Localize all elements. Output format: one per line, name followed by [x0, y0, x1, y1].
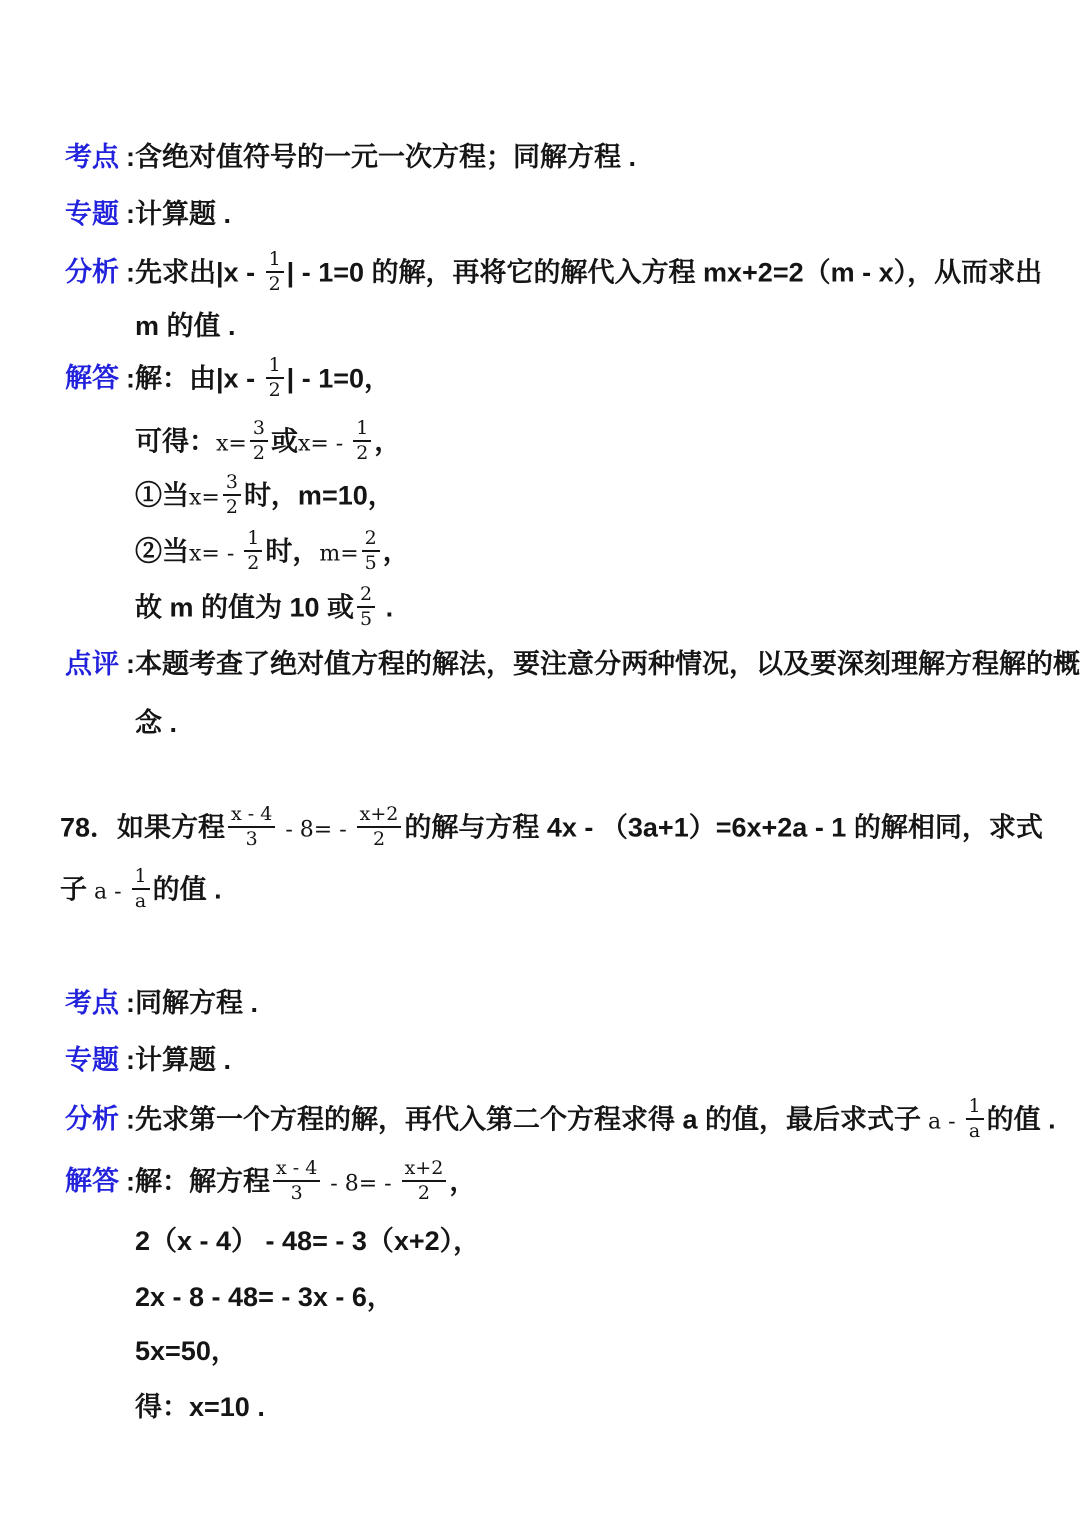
- text-run: ①当: [135, 480, 189, 510]
- text-run: :先求出|x -: [126, 257, 263, 287]
- text-run: 的值 .: [987, 1104, 1056, 1134]
- math-text: x=: [189, 485, 220, 510]
- fraction-numerator: 1: [966, 1096, 984, 1120]
- fraction-denominator: 2: [402, 1182, 447, 1204]
- text-line: 考点:含绝对值符号的一元一次方程；同解方程 .: [65, 140, 636, 174]
- fraction-numerator: 1: [266, 355, 284, 379]
- math-text: - 8= -: [323, 1171, 398, 1196]
- fraction-denominator: 2: [266, 379, 284, 401]
- fraction-denominator: a: [966, 1120, 984, 1142]
- fraction-denominator: 2: [223, 496, 241, 518]
- fraction: x - 43: [228, 804, 275, 851]
- text-run: | - 1=0，: [287, 363, 391, 393]
- field-label: 分析: [65, 257, 119, 287]
- text-run: 时，: [265, 536, 319, 566]
- text-run: 念 .: [135, 708, 177, 738]
- fraction-numerator: x+2: [402, 1158, 447, 1182]
- fraction-denominator: 3: [273, 1182, 320, 1204]
- text-line: 2（x - 4） - 48= - 3（x+2），: [135, 1224, 480, 1258]
- text-line: 故 m 的值为 10 或25 .: [135, 586, 393, 633]
- math-text: x= -: [189, 541, 241, 566]
- math-text: a -: [87, 879, 129, 904]
- fraction: 32: [250, 418, 268, 465]
- text-run: :解：解方程: [126, 1166, 270, 1196]
- text-run: ，: [374, 426, 401, 456]
- fraction-numerator: x - 4: [273, 1158, 320, 1182]
- fraction-numerator: 3: [250, 418, 268, 442]
- text-line: 得：x=10 .: [135, 1390, 265, 1424]
- math-text: m=: [319, 541, 358, 566]
- text-line: 解答:解：由|x - 12| - 1=0，: [65, 357, 391, 404]
- fraction: 12: [266, 249, 284, 296]
- fraction: x+22: [402, 1158, 447, 1205]
- text-line: 解答:解：解方程x - 43 - 8= - x+22，: [65, 1160, 476, 1207]
- fraction: 12: [266, 355, 284, 402]
- text-run: .: [378, 592, 393, 622]
- text-run: 2x - 8 - 48= - 3x - 6，: [135, 1282, 394, 1312]
- text-run: :本题考查了绝对值方程的解法，要注意分两种情况，以及要深刻理解方程解的概: [126, 649, 1080, 679]
- math-text: x=: [216, 431, 247, 456]
- text-run: :含绝对值符号的一元一次方程；同解方程 .: [126, 142, 636, 172]
- field-label: 专题: [65, 1045, 119, 1075]
- text-line: 专题:计算题 .: [65, 1043, 231, 1077]
- fraction: 1a: [966, 1096, 984, 1143]
- fraction-denominator: 2: [357, 828, 402, 850]
- text-run: 78．如果方程: [60, 812, 225, 842]
- text-run: m 的值 .: [135, 311, 236, 341]
- text-run: :计算题 .: [126, 199, 231, 229]
- fraction-denominator: 2: [250, 442, 268, 464]
- text-run: ，: [449, 1166, 476, 1196]
- fraction-denominator: 2: [266, 273, 284, 295]
- text-line: 念 .: [135, 706, 177, 740]
- fraction-denominator: 5: [362, 552, 380, 574]
- text-line: 专题:计算题 .: [65, 197, 231, 231]
- text-run: 时，m=10，: [244, 480, 395, 510]
- fraction: 12: [353, 418, 371, 465]
- field-label: 解答: [65, 1166, 119, 1196]
- text-run: ，: [383, 536, 410, 566]
- text-line: 考点:同解方程 .: [65, 986, 258, 1020]
- text-line: 78．如果方程x - 43 - 8= - x+22的解与方程 4x - （3a+…: [60, 806, 1043, 853]
- fraction-numerator: 2: [357, 584, 375, 608]
- text-run: 可得：: [135, 426, 216, 456]
- text-line: 分析:先求出|x - 12| - 1=0 的解，再将它的解代入方程 mx+2=2…: [65, 251, 1042, 298]
- fraction-denominator: 2: [353, 442, 371, 464]
- text-line: 5x=50，: [135, 1334, 238, 1368]
- fraction-numerator: 1: [353, 418, 371, 442]
- text-line: 分析:先求第一个方程的解，再代入第二个方程求得 a 的值，最后求式子 a - 1…: [65, 1098, 1056, 1145]
- fraction: x - 43: [273, 1158, 320, 1205]
- text-run: 故 m 的值为 10 或: [135, 592, 354, 622]
- fraction-numerator: 1: [244, 528, 262, 552]
- text-line: ②当x= - 12时，m=25，: [135, 530, 410, 577]
- field-label: 点评: [65, 649, 119, 679]
- fraction-denominator: 5: [357, 608, 375, 630]
- text-run: :解：由|x -: [126, 363, 263, 393]
- field-label: 专题: [65, 199, 119, 229]
- fraction-numerator: x - 4: [228, 804, 275, 828]
- document-page: 考点:含绝对值符号的一元一次方程；同解方程 .专题:计算题 .分析:先求出|x …: [0, 0, 1080, 1527]
- fraction: 25: [357, 584, 375, 631]
- text-run: :同解方程 .: [126, 988, 258, 1018]
- text-line: 子 a - 1a的值 .: [60, 868, 222, 915]
- text-run: 2（x - 4） - 48= - 3（x+2），: [135, 1226, 480, 1256]
- fraction: 1a: [132, 866, 150, 913]
- fraction-denominator: a: [132, 890, 150, 912]
- text-run: ②当: [135, 536, 189, 566]
- text-line: 点评:本题考查了绝对值方程的解法，要注意分两种情况，以及要深刻理解方程解的概: [65, 647, 1080, 681]
- fraction-numerator: x+2: [357, 804, 402, 828]
- text-line: 2x - 8 - 48= - 3x - 6，: [135, 1280, 394, 1314]
- field-label: 解答: [65, 363, 119, 393]
- field-label: 考点: [65, 988, 119, 1018]
- text-run: :计算题 .: [126, 1045, 231, 1075]
- fraction-numerator: 1: [132, 866, 150, 890]
- text-run: 得：x=10 .: [135, 1392, 265, 1422]
- text-line: 可得：x=32或x= - 12，: [135, 420, 401, 467]
- text-run: 或: [271, 426, 298, 456]
- text-line: m 的值 .: [135, 309, 236, 343]
- fraction: 25: [362, 528, 380, 575]
- field-label: 分析: [65, 1104, 119, 1134]
- fraction-denominator: 3: [228, 828, 275, 850]
- text-run: 的解与方程 4x - （3a+1）=6x+2a - 1 的解相同，求式: [404, 812, 1042, 842]
- fraction: 12: [244, 528, 262, 575]
- text-run: 的值 .: [153, 874, 222, 904]
- text-line: ①当x=32时，m=10，: [135, 474, 395, 521]
- math-text: a -: [921, 1109, 963, 1134]
- fraction-denominator: 2: [244, 552, 262, 574]
- fraction: 32: [223, 472, 241, 519]
- fraction-numerator: 3: [223, 472, 241, 496]
- math-text: x= -: [298, 431, 350, 456]
- field-label: 考点: [65, 142, 119, 172]
- math-text: - 8= -: [278, 817, 353, 842]
- text-run: 5x=50，: [135, 1336, 238, 1366]
- fraction-numerator: 1: [266, 249, 284, 273]
- fraction-numerator: 2: [362, 528, 380, 552]
- text-run: | - 1=0 的解，再将它的解代入方程 mx+2=2（m - x），从而求出: [287, 257, 1042, 287]
- fraction: x+22: [357, 804, 402, 851]
- text-run: 子: [60, 874, 87, 904]
- text-run: :先求第一个方程的解，再代入第二个方程求得 a 的值，最后求式子: [126, 1104, 921, 1134]
